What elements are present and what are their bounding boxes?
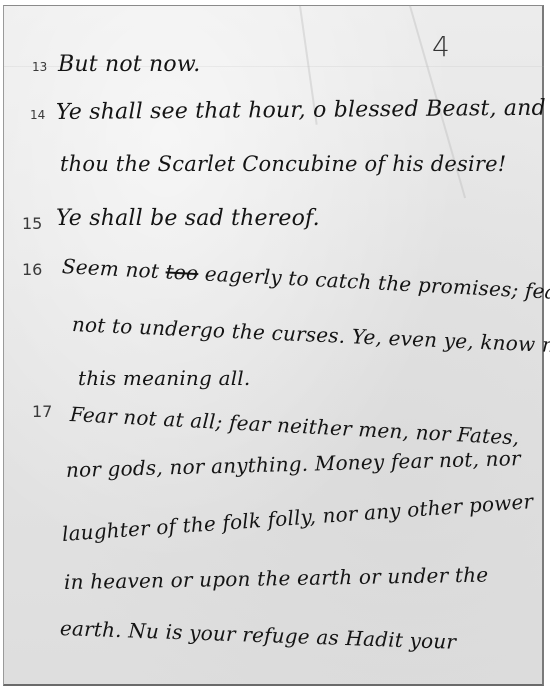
verse-13-line-1: But not now. (58, 52, 200, 77)
verse-14-line-2: thou the Scarlet Concubine of his desire… (60, 152, 506, 176)
verse-14-line-1: Ye shall see that hour, o blessed Beast,… (56, 96, 546, 125)
verse-15-line-1: Ye shall be sad thereof. (56, 206, 320, 231)
verse-number-17: 17 (32, 402, 52, 421)
verse-number-15: 15 (22, 214, 42, 233)
verse-number-16: 16 (22, 260, 42, 279)
page-number: 4 (432, 30, 450, 63)
verse-16-line-3: this meaning all. (78, 366, 250, 390)
verse-number-14: 14 (30, 108, 45, 122)
verse-number-13: 13 (32, 60, 47, 74)
struck-word: too (165, 259, 199, 285)
